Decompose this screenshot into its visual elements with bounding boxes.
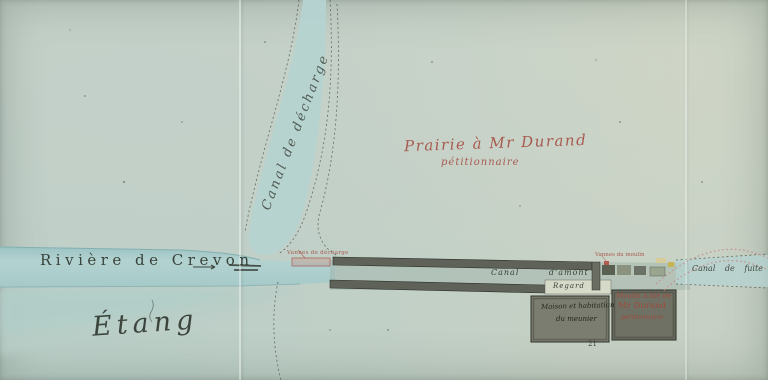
page-number: 21 <box>588 340 597 348</box>
mill-label-line1: Moulin à blé de <box>616 292 671 300</box>
prairie-petitioner-label: pétitionnaire <box>441 157 520 168</box>
mill-label-line2: Mr Durand <box>618 301 666 311</box>
map-canvas: Canal de décharge Prairie à Mr Durand pé… <box>0 0 768 380</box>
headrace-label: Canal d'amont <box>491 268 589 277</box>
miller-house-label-line2: du meunier <box>556 315 597 323</box>
tailrace-label: Canal de fuite <box>692 264 763 273</box>
inspection-chamber-label: Regard <box>553 282 585 290</box>
river-label: Rivière de Crevon <box>40 251 254 269</box>
mill-label-line3: pétitionnaire <box>621 313 664 321</box>
canal-decharge-shape <box>249 0 326 255</box>
mill-sluice-label: Vannes du moulin <box>595 252 645 258</box>
discharge-sluice-label: Vannes de décharge <box>287 250 349 256</box>
